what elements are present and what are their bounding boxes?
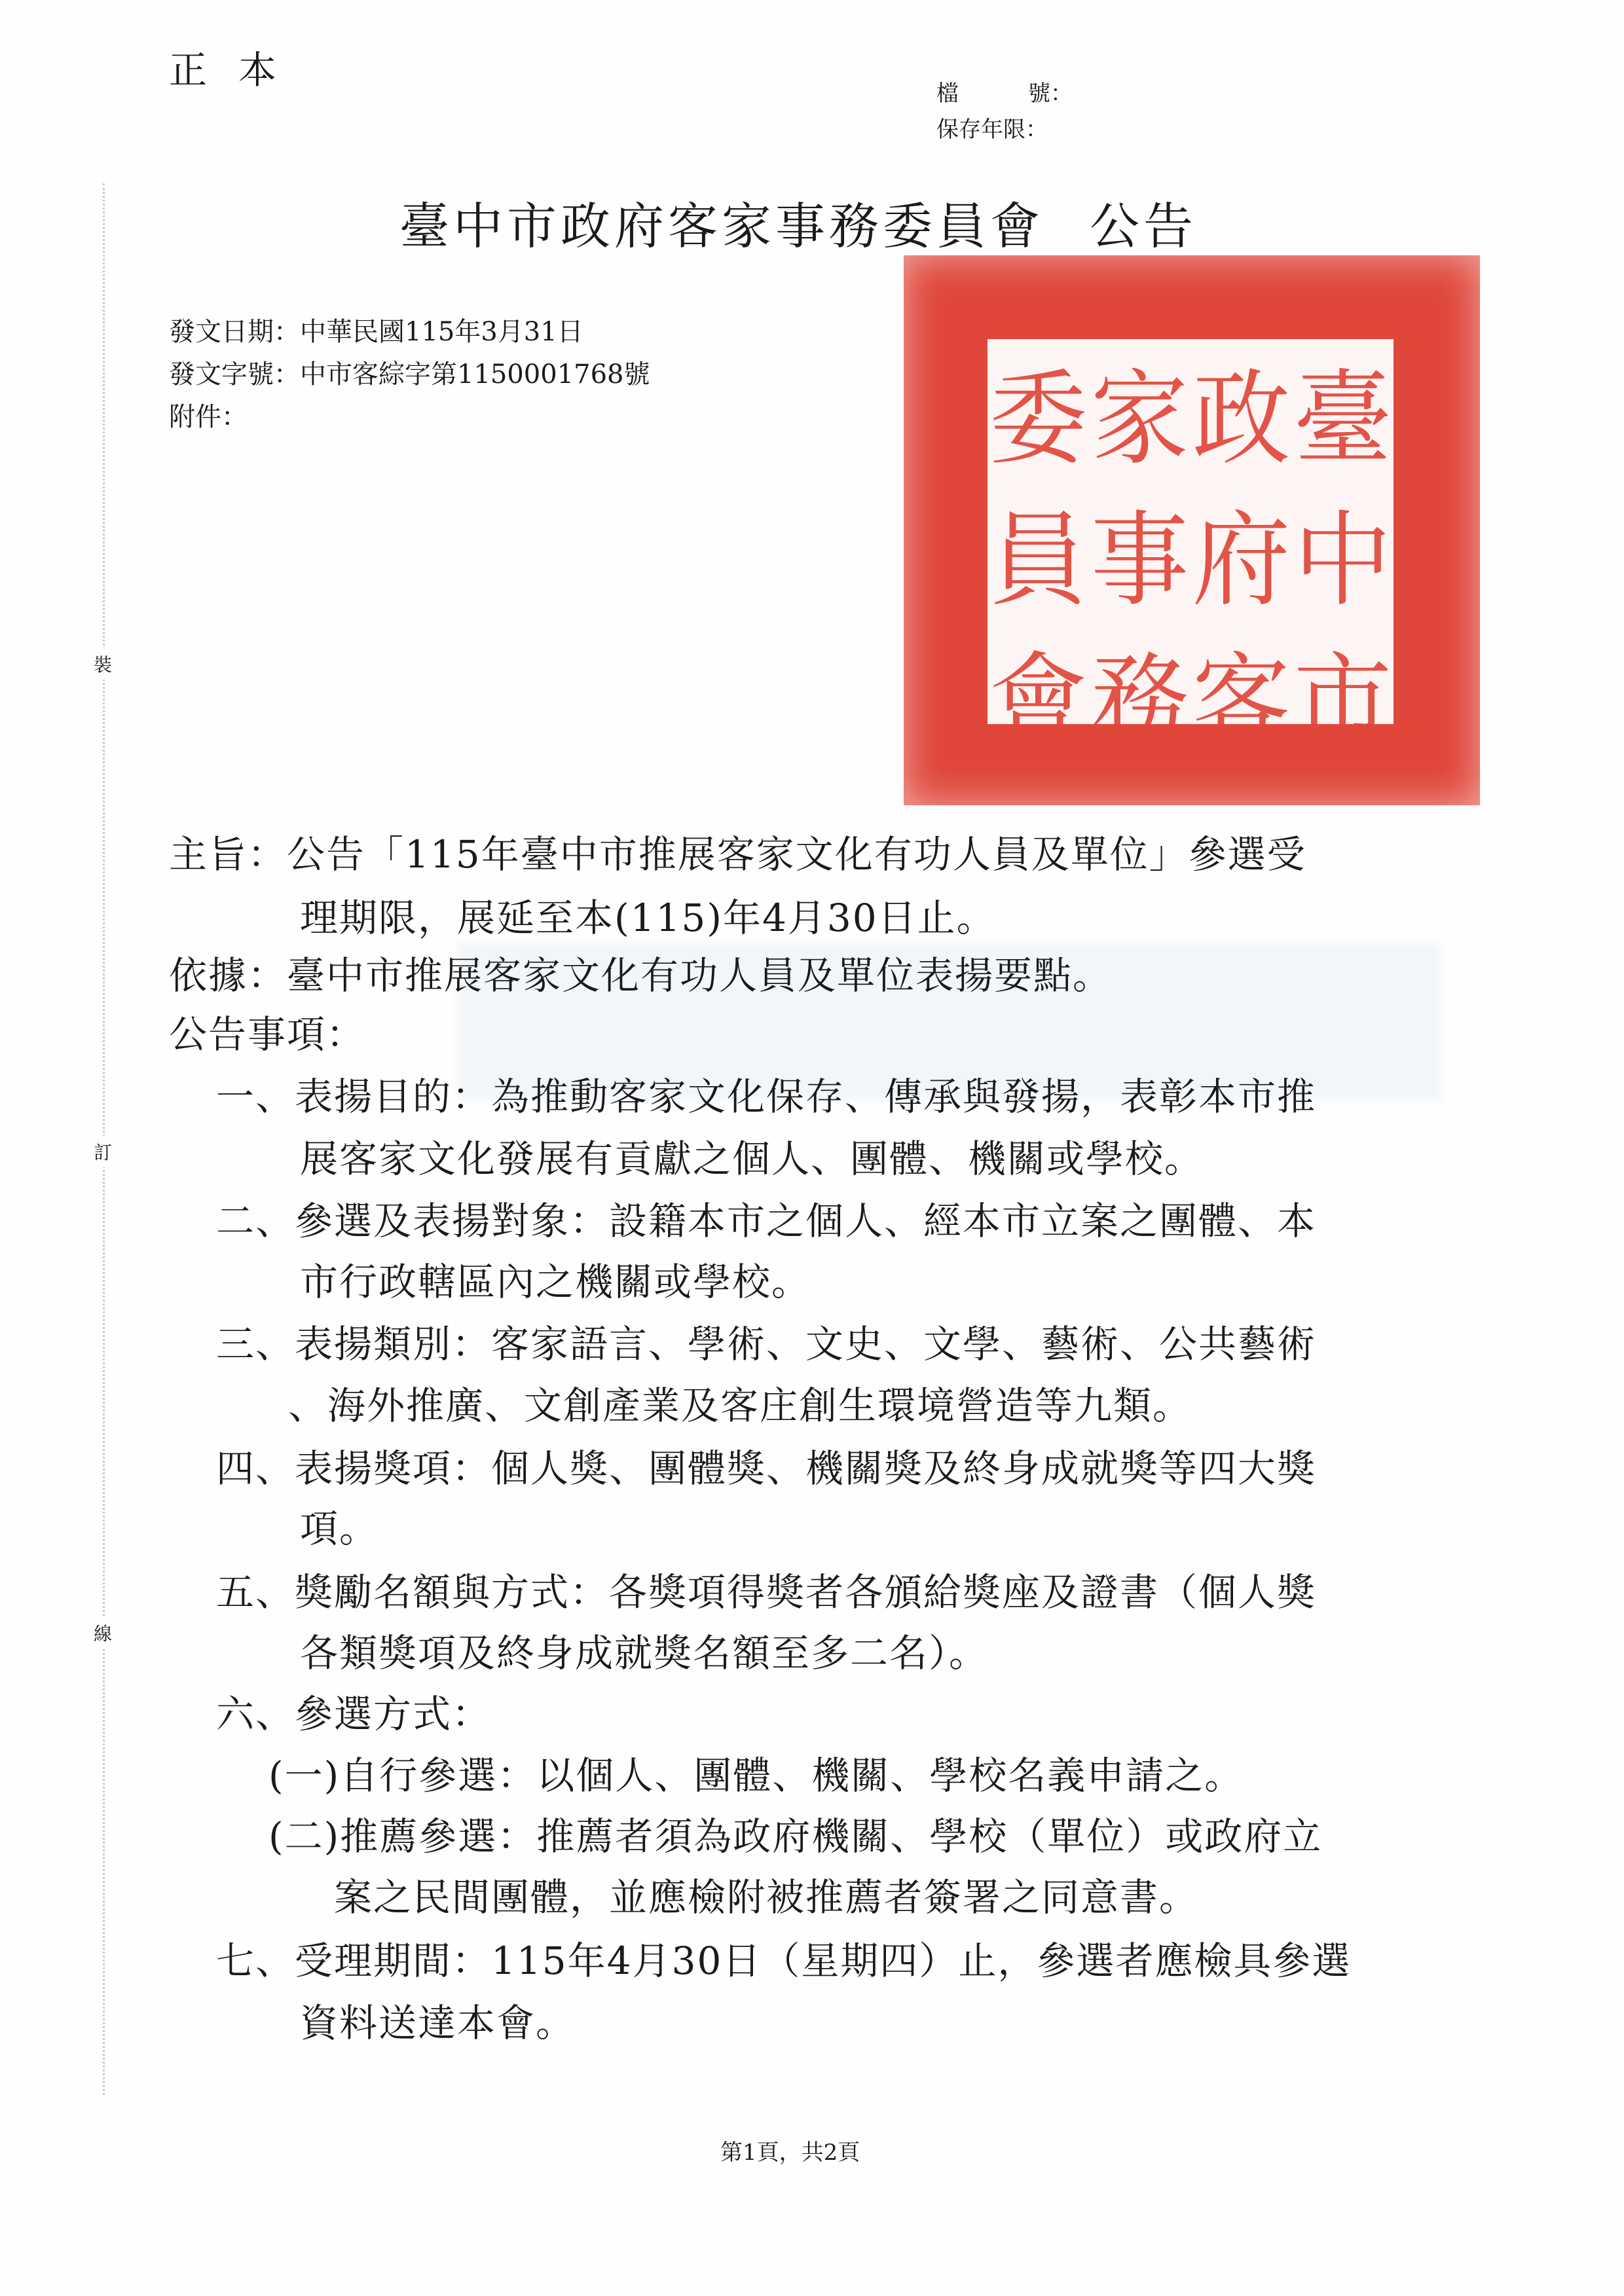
subject-line-2: 理期限，展延至本(115)年4月30日止。	[300, 885, 996, 951]
item-4-line-2: 項。	[300, 1496, 378, 1561]
copy-type-label: 正本	[169, 39, 308, 94]
attachment-label: 附件：	[169, 396, 248, 433]
file-number-field: 檔號：	[936, 75, 1073, 107]
item-1-line-2: 展客家文化發展有貢獻之個人、團體、機關或學校。	[300, 1126, 1204, 1192]
basis-line: 依據：臺中市推展客家文化有功人員及單位表揚要點。	[169, 943, 1112, 1008]
item-7-line-2: 資料送達本會。	[300, 1990, 575, 2056]
agency-name: 臺中市政府客家事務委員會	[399, 197, 1044, 255]
seal-char: 家	[1089, 336, 1190, 484]
document-kind: 公告	[1090, 197, 1197, 255]
seal-char: 市	[1292, 619, 1393, 767]
item-2-line-2: 市行政轄區內之機關或學校。	[300, 1249, 811, 1315]
retention-period-field: 保存年限：	[936, 111, 1048, 143]
item-1-line-1: 一、表揚目的：為推動客家文化保存、傳承與發揚，表彰本市推	[216, 1064, 1316, 1129]
seal-char: 務	[1089, 619, 1190, 767]
issue-date: 發文日期：中華民國115年3月31日	[169, 311, 583, 348]
item-5-line-2: 各類獎項及終身成就獎名額至多二名）。	[300, 1620, 988, 1686]
file-number-label-2: 號：	[1028, 81, 1073, 107]
seal-char: 政	[1190, 336, 1292, 484]
subject-line-1: 主旨：公告「115年臺中市推展客家文化有功人員及單位」參選受	[169, 822, 1306, 887]
seal-char: 事	[1089, 477, 1190, 626]
sub-item-1: (一)自行參選：以個人、團體、機關、學校名義申請之。	[268, 1743, 1244, 1808]
items-heading: 公告事項：	[169, 1002, 365, 1067]
item-3-line-2: 、海外推廣、文創產業及客庄創生環境營造等九類。	[288, 1373, 1192, 1438]
seal-char: 中	[1292, 477, 1393, 626]
document-title: 臺中市政府客家事務委員會公告	[399, 187, 1197, 258]
seal-char: 臺	[1292, 336, 1393, 484]
seal-char: 府	[1190, 477, 1292, 626]
item-6-heading: 六、參選方式：	[216, 1681, 491, 1747]
file-number-label: 檔	[936, 75, 1028, 107]
margin-mark-staple: 訂	[94, 1136, 112, 1167]
issue-number: 發文字號：中市客綜字第1150001768號	[169, 354, 650, 391]
margin-mark-bind: 裝	[94, 648, 112, 680]
official-seal-stamp: 臺 中 市 政 府 客 家 事 務 委 員 會	[904, 255, 1480, 805]
seal-char: 會	[987, 619, 1089, 767]
item-5-line-1: 五、獎勵名額與方式：各獎項得獎者各頒給獎座及證書（個人獎	[216, 1559, 1316, 1625]
margin-mark-line: 線	[94, 1617, 112, 1649]
item-2-line-1: 二、參選及表揚對象：設籍本市之個人、經本市立案之團體、本	[216, 1188, 1316, 1254]
page-indicator: 第1頁，共2頁	[720, 2134, 860, 2166]
seal-char: 員	[987, 477, 1089, 626]
seal-char: 客	[1190, 619, 1292, 767]
item-3-line-1: 三、表揚類別：客家語言、學術、文史、文學、藝術、公共藝術	[216, 1311, 1316, 1377]
sub-item-2-line-1: (二)推薦參選：推薦者須為政府機關、學校（單位）或政府立	[268, 1804, 1322, 1869]
seal-inner-field: 臺 中 市 政 府 客 家 事 務 委 員 會	[987, 339, 1393, 724]
seal-char: 委	[987, 336, 1089, 484]
item-4-line-1: 四、表揚獎項：個人獎、團體獎、機關獎及終身成就獎等四大獎	[216, 1436, 1316, 1501]
sub-item-2-line-2: 案之民間團體，並應檢附被推薦者簽署之同意書。	[334, 1865, 1198, 1930]
item-7-line-1: 七、受理期間：115年4月30日（星期四）止，參選者應檢具參選	[216, 1928, 1351, 1994]
